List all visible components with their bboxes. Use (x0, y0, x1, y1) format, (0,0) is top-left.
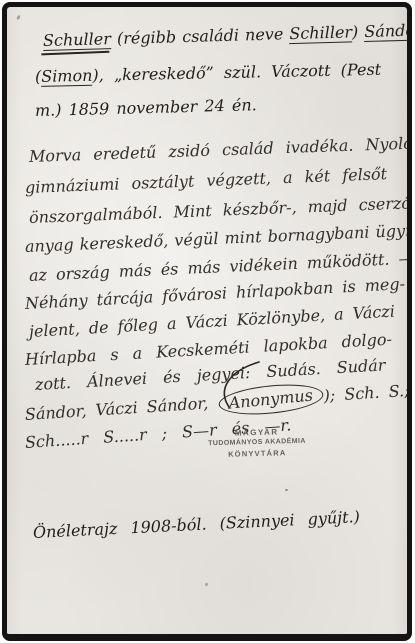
ink-speck (285, 489, 288, 491)
pseudonym-initials: Sch. S.; (344, 381, 410, 404)
ink-speck (205, 583, 208, 586)
ink-speck (180, 517, 182, 519)
surname: Schuller (43, 29, 111, 51)
ink-speck (16, 15, 21, 21)
heading-paren-mid: (régibb családi neve (111, 24, 290, 48)
birth-name: Simon (41, 66, 93, 87)
occupation-birthplace: ), „kereskedő” szül. Váczott (Pest (92, 60, 381, 85)
alternate-surname: Schiller (289, 22, 352, 44)
circled-pseudonym: Anonymus (217, 381, 324, 419)
pseudonyms-post: ); (323, 385, 345, 405)
source-note: Önéletrajz 1908-ból. (Szinnyei gyűjt.) (32, 505, 360, 544)
paper-card: Schuller (régibb családi neve Schiller) … (2, 2, 412, 641)
given-name: Sándor (364, 20, 412, 42)
academy-library-stamp: MAGYAR TUDOMÁNYOS AKADÉMIA KÖNYVTÁRA (205, 426, 310, 461)
scanned-manuscript-page: Schuller (régibb családi neve Schiller) … (0, 0, 415, 643)
entry-heading-line-1: Schuller (régibb családi neve Schiller) … (43, 18, 412, 52)
birth-date-line: m.) 1859 november 24 én. (35, 93, 257, 122)
entry-heading-line-2: (Simon), „kereskedő” szül. Váczott (Pest (35, 58, 382, 88)
